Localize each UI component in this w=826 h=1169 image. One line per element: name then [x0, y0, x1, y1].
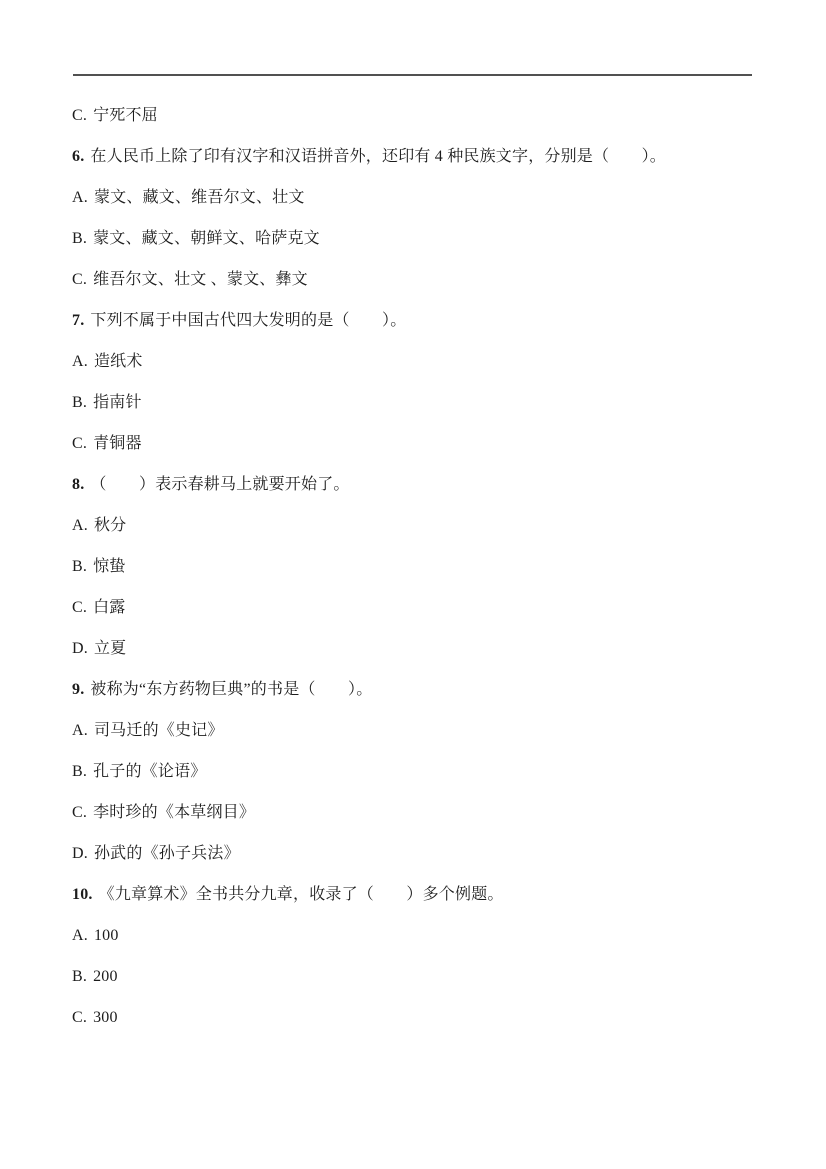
- question-number: 8.: [72, 476, 84, 493]
- option-text: 指南针: [93, 394, 142, 411]
- option-line-6a: A.蒙文、藏文、维吾尔文、壮文: [72, 190, 762, 206]
- option-label: C.: [72, 107, 87, 124]
- option-text: 青铜器: [93, 435, 142, 452]
- option-label: B.: [72, 394, 87, 411]
- option-label: A.: [72, 517, 88, 534]
- option-text: 蒙文、藏文、维吾尔文、壮文: [94, 189, 305, 206]
- option-line-10a: A.100: [72, 928, 762, 944]
- option-text: 300: [93, 1009, 118, 1026]
- question-line-8: 8.（ ）表示春耕马上就要开始了。: [72, 477, 762, 493]
- option-line-7c: C.青铜器: [72, 436, 762, 452]
- option-line-9a: A.司马迁的《史记》: [72, 723, 762, 739]
- option-line-8c: C.白露: [72, 600, 762, 616]
- question-stem: 被称为“东方药物巨典”的书是（ ）。: [90, 681, 372, 698]
- question-number: 10.: [72, 886, 93, 903]
- page-content: C.宁死不屈 6.在人民币上除了印有汉字和汉语拼音外，还印有 4 种民族文字，分…: [72, 108, 762, 1051]
- option-label: B.: [72, 763, 87, 780]
- option-label: A.: [72, 927, 88, 944]
- question-line-6: 6.在人民币上除了印有汉字和汉语拼音外，还印有 4 种民族文字，分别是（ ）。: [72, 149, 762, 165]
- option-text: 维吾尔文、壮文 、蒙文、彝文: [93, 271, 308, 288]
- option-line-10c: C.300: [72, 1010, 762, 1026]
- option-text: 秋分: [94, 517, 126, 534]
- option-label: A.: [72, 189, 88, 206]
- option-label: B.: [72, 230, 87, 247]
- question-stem: 《九章算术》全书共分九章，收录了（ ）多个例题。: [99, 886, 504, 903]
- option-text: 造纸术: [94, 353, 143, 370]
- option-text: 李时珍的《本草纲目》: [93, 804, 255, 821]
- option-label: B.: [72, 558, 87, 575]
- option-line-9c: C.李时珍的《本草纲目》: [72, 805, 762, 821]
- option-text: 孙武的《孙子兵法》: [94, 845, 240, 862]
- option-line-7a: A.造纸术: [72, 354, 762, 370]
- option-label: C.: [72, 435, 87, 452]
- option-text: 白露: [93, 599, 125, 616]
- option-label: B.: [72, 968, 87, 985]
- question-line-9: 9.被称为“东方药物巨典”的书是（ ）。: [72, 682, 762, 698]
- option-line-6c: C.维吾尔文、壮文 、蒙文、彝文: [72, 272, 762, 288]
- option-text: 立夏: [94, 640, 126, 657]
- option-line-9b: B.孔子的《论语》: [72, 764, 762, 780]
- question-stem: 下列不属于中国古代四大发明的是（ ）。: [90, 312, 406, 329]
- option-text: 200: [93, 968, 118, 985]
- option-line-8a: A.秋分: [72, 518, 762, 534]
- question-number: 6.: [72, 148, 84, 165]
- question-stem: 在人民币上除了印有汉字和汉语拼音外，还印有 4 种民族文字，分别是（ ）。: [90, 148, 666, 165]
- option-text: 司马迁的《史记》: [94, 722, 224, 739]
- option-line-7b: B.指南针: [72, 395, 762, 411]
- option-text: 宁死不屈: [93, 107, 158, 124]
- question-stem: （ ）表示春耕马上就要开始了。: [90, 476, 349, 493]
- option-line-9d: D.孙武的《孙子兵法》: [72, 846, 762, 862]
- option-line-10b: B.200: [72, 969, 762, 985]
- option-label: C.: [72, 271, 87, 288]
- option-line: C.宁死不屈: [72, 108, 762, 124]
- option-label: A.: [72, 722, 88, 739]
- option-label: D.: [72, 845, 88, 862]
- option-line-6b: B.蒙文、藏文、朝鲜文、哈萨克文: [72, 231, 762, 247]
- header-rule: [73, 74, 752, 76]
- question-number: 9.: [72, 681, 84, 698]
- option-text: 孔子的《论语》: [93, 763, 206, 780]
- question-number: 7.: [72, 312, 84, 329]
- question-line-7: 7.下列不属于中国古代四大发明的是（ ）。: [72, 313, 762, 329]
- option-text: 惊蛰: [93, 558, 125, 575]
- option-label: C.: [72, 599, 87, 616]
- question-line-10: 10.《九章算术》全书共分九章，收录了（ ）多个例题。: [72, 887, 762, 903]
- option-text: 100: [94, 927, 119, 944]
- option-text: 蒙文、藏文、朝鲜文、哈萨克文: [93, 230, 320, 247]
- option-label: D.: [72, 640, 88, 657]
- option-label: C.: [72, 1009, 87, 1026]
- option-label: C.: [72, 804, 87, 821]
- document-page: C.宁死不屈 6.在人民币上除了印有汉字和汉语拼音外，还印有 4 种民族文字，分…: [0, 0, 826, 1169]
- option-label: A.: [72, 353, 88, 370]
- option-line-8b: B.惊蛰: [72, 559, 762, 575]
- option-line-8d: D.立夏: [72, 641, 762, 657]
